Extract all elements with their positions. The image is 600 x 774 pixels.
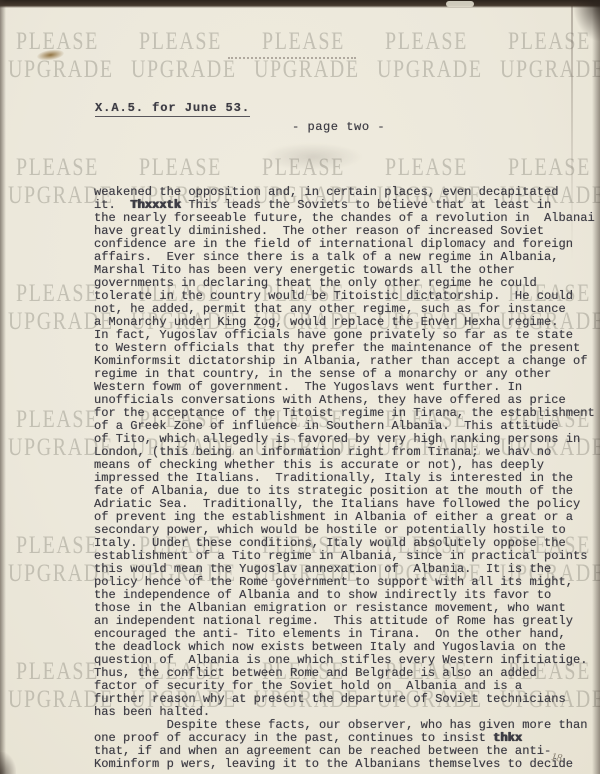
- watermark-text: PLEASEUPGRADE: [254, 28, 360, 84]
- scan-edge-notch: [446, 1, 474, 7]
- scan-corner-bottom-left: [0, 752, 16, 774]
- paper: PLEASEUPGRADEPLEASEUPGRADEPLEASEUPGRADEP…: [0, 0, 600, 774]
- scan-edge-right: [592, 0, 600, 774]
- page-number-label: - page two -: [292, 120, 385, 134]
- scan-edge-top: [0, 0, 600, 8]
- watermark-text: PLEASEUPGRADE: [377, 28, 483, 84]
- scanned-document-page: PLEASEUPGRADEPLEASEUPGRADEPLEASEUPGRADEP…: [0, 0, 600, 774]
- handwritten-page-mark: 18.: [550, 751, 566, 765]
- ink-smudge: [263, 143, 363, 171]
- typewritten-body: weakened the opposition and, in certain …: [94, 186, 599, 771]
- typewritten-line: Kominform p wers, leaving it to the Alba…: [94, 758, 599, 771]
- watermark-text: PLEASEUPGRADE: [131, 28, 237, 84]
- dotted-scan-artifact: [228, 57, 356, 59]
- scan-corner-top-right: [572, 0, 600, 42]
- document-reference-heading: X.A.5. for June 53.: [95, 101, 250, 117]
- scan-edge-left: [0, 0, 6, 774]
